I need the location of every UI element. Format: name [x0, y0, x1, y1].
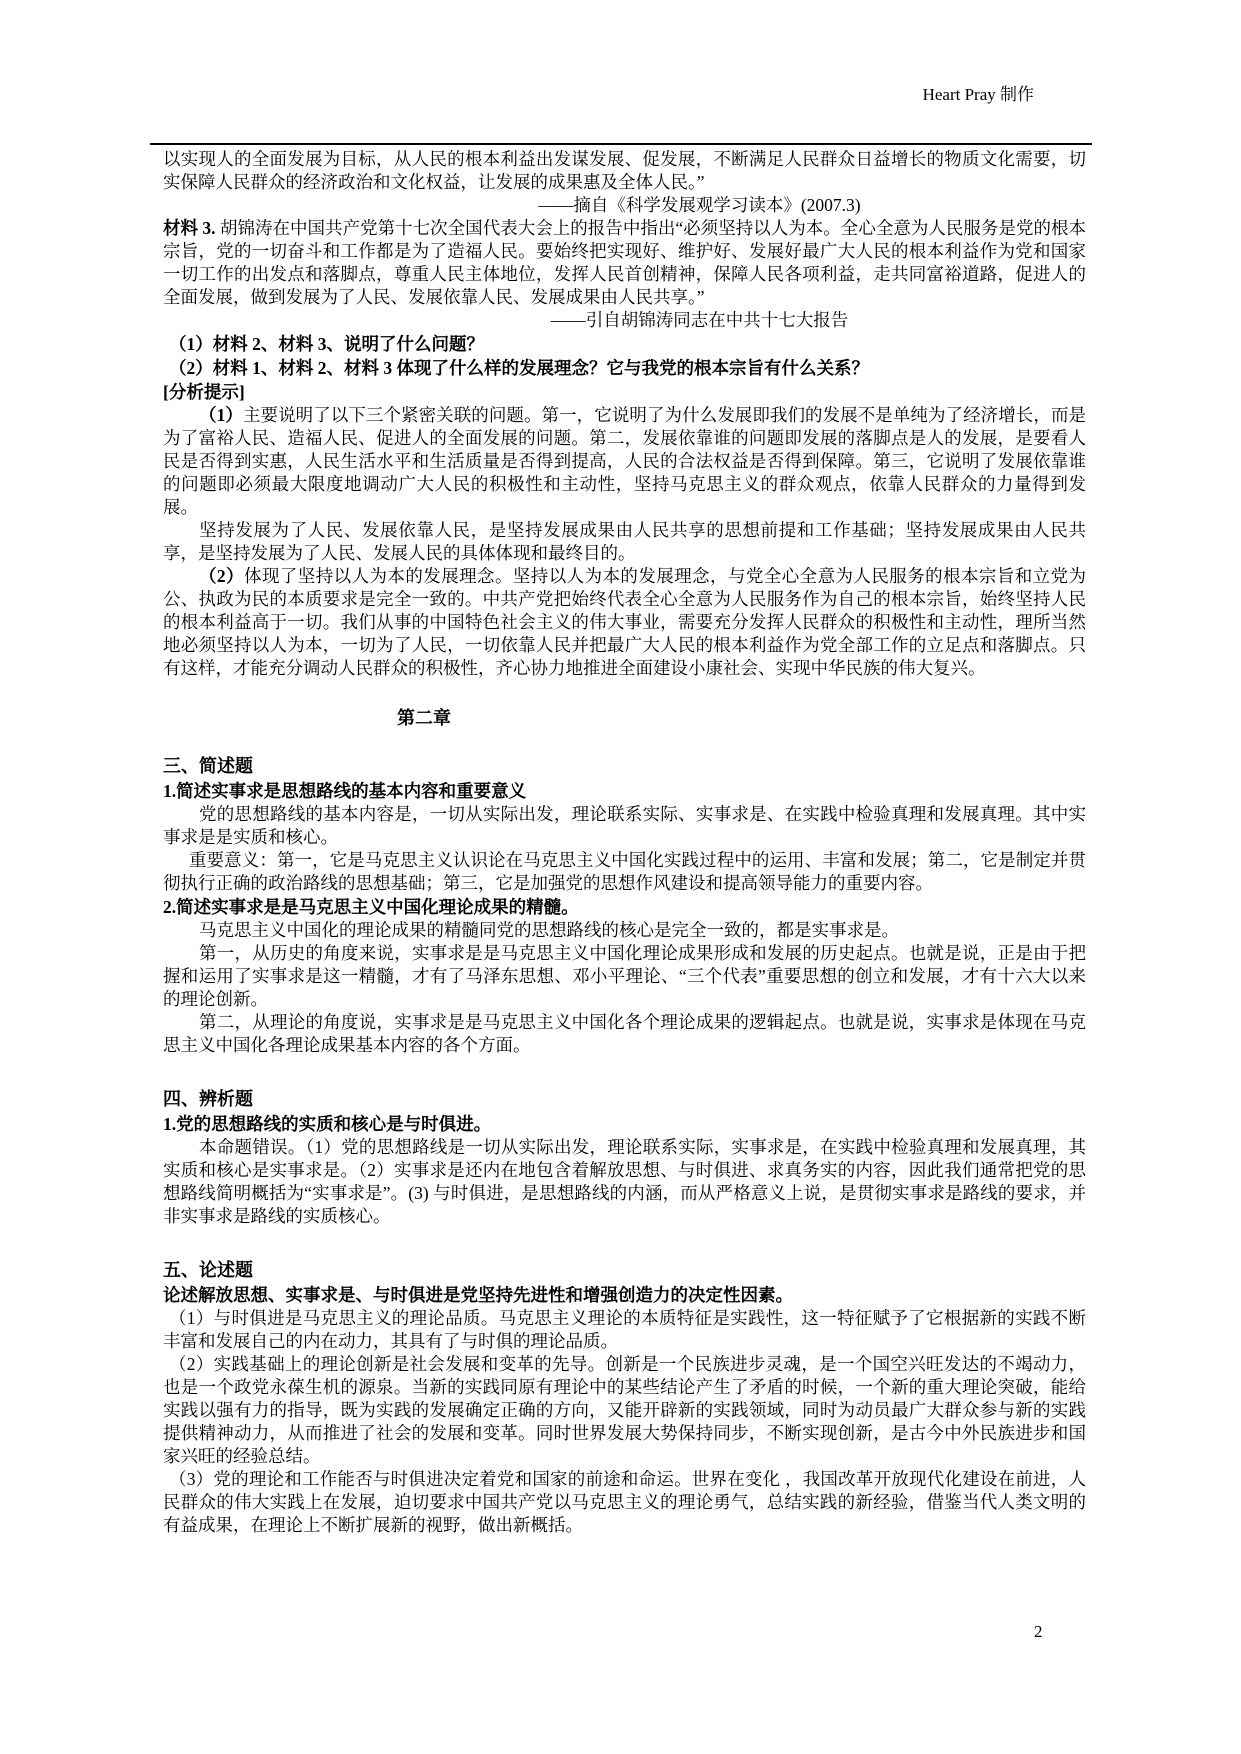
material-3-paragraph: 材料 3. 胡锦涛在中国共产党第十七次全国代表大会上的报告中指出“必须坚持以人为… [163, 217, 1086, 309]
question-2: （2）材料 1、材料 2、材料 3 体现了什么样的发展理念？它与我党的根本宗旨有… [163, 356, 1086, 380]
answer-2-text: 体现了坚持以人为本的发展理念。坚持以人为本的发展理念，与党全心全意为人民服务的根… [163, 566, 1086, 678]
section-3-answer-1-p1: 党的思想路线的基本内容是，一切从实际出发，理论联系实际、实事求是、在实践中检验真… [163, 803, 1086, 849]
section-3-answer-2-p3: 第二，从理论的角度说，实事求是是马克思主义中国化各个理论成果的逻辑起点。也就是说… [163, 1011, 1086, 1057]
answer-2-number: （2） [199, 566, 244, 586]
analysis-hint-label: [分析提示] [163, 380, 1086, 404]
section-3-answer-2-p1: 马克思主义中国化的理论成果的精髓同党的思想路线的核心是完全一致的，都是实事求是。 [163, 919, 1086, 942]
document-body: 以实现人的全面发展为目标，从人民的根本利益出发谋发展、促发展，不断满足人民群众日… [150, 145, 1092, 1537]
section-5-question: 论述解放思想、实事求是、与时俱进是党坚持先进性和增强创造力的决定性因素。 [163, 1283, 1086, 1307]
section-3-question-2: 2.简述实事求是是马克思主义中国化理论成果的精髓。 [163, 895, 1086, 919]
material-3-text: 胡锦涛在中国共产党第十七次全国代表大会上的报告中指出“必须坚持以人为本。全心全意… [163, 218, 1086, 307]
quote-attribution-2: ——引自胡锦涛同志在中共十七大报告 [163, 309, 1086, 332]
section-3-question-1: 1.简述实事求是思想路线的基本内容和重要意义 [163, 779, 1086, 803]
quote-continuation-paragraph: 以实现人的全面发展为目标，从人民的根本利益出发谋发展、促发展，不断满足人民群众日… [163, 148, 1086, 194]
section-5-title: 五、论述题 [163, 1258, 1086, 1283]
page-header: Heart Pray 制作 [150, 0, 1092, 145]
answer-2-paragraph: （2）体现了坚持以人为本的发展理念。坚持以人为本的发展理念，与党全心全意为人民服… [163, 565, 1086, 680]
document-page: Heart Pray 制作 以实现人的全面发展为目标，从人民的根本利益出发谋发展… [0, 0, 1241, 1754]
section-4-question-1: 1.党的思想路线的实质和核心是与时俱进。 [163, 1112, 1086, 1136]
quote-attribution-1: ——摘自《科学发展观学习读本》(2007.3) [163, 194, 1086, 217]
section-5-answer-1: （1）与时俱进是马克思主义的理论品质。马克思主义理论的本质特征是实践性，这一特征… [163, 1307, 1086, 1353]
section-4-answer-1: 本命题错误。（1）党的思想路线是一切从实际出发，理论联系实际，实事求是，在实践中… [163, 1136, 1086, 1228]
doc-credit: Heart Pray 制作 [150, 0, 1092, 143]
section-4-title: 四、辨析题 [163, 1087, 1086, 1112]
answer-1-paragraph: （1）主要说明了以下三个紧密关联的问题。第一，它说明了为什么发展即我们的发展不是… [163, 404, 1086, 519]
section-3-answer-1-p2: 重要意义：第一，它是马克思主义认识论在马克思主义中国化实践过程中的运用、丰富和发… [163, 849, 1086, 895]
page-number: 2 [1034, 1622, 1043, 1642]
section-3-answer-2-p2: 第一，从历史的角度来说，实事求是是马克思主义中国化理论成果形成和发展的历史起点。… [163, 942, 1086, 1011]
section-5-answer-2: （2）实践基础上的理论创新是社会发展和变革的先导。创新是一个民族进步灵魂，是一个… [163, 1353, 1086, 1468]
answer-1-text: 主要说明了以下三个紧密关联的问题。第一，它说明了为什么发展即我们的发展不是单纯为… [163, 405, 1086, 517]
answer-1-number: （1） [199, 405, 243, 425]
section-5-answer-3: （3）党的理论和工作能否与时俱进决定着党和国家的前途和命运。世界在变化 ，我国改… [163, 1468, 1086, 1537]
chapter-title: 第二章 [163, 706, 1086, 730]
section-3-title: 三、简述题 [163, 754, 1086, 779]
page-content: Heart Pray 制作 以实现人的全面发展为目标，从人民的根本利益出发谋发展… [150, 0, 1092, 1537]
material-3-label: 材料 3. [163, 218, 216, 238]
answer-1b-paragraph: 坚持发展为了人民、发展依靠人民，是坚持发展成果由人民共享的思想前提和工作基础；坚… [163, 519, 1086, 565]
question-1: （1）材料 2、材料 3、说明了什么问题？ [163, 332, 1086, 356]
